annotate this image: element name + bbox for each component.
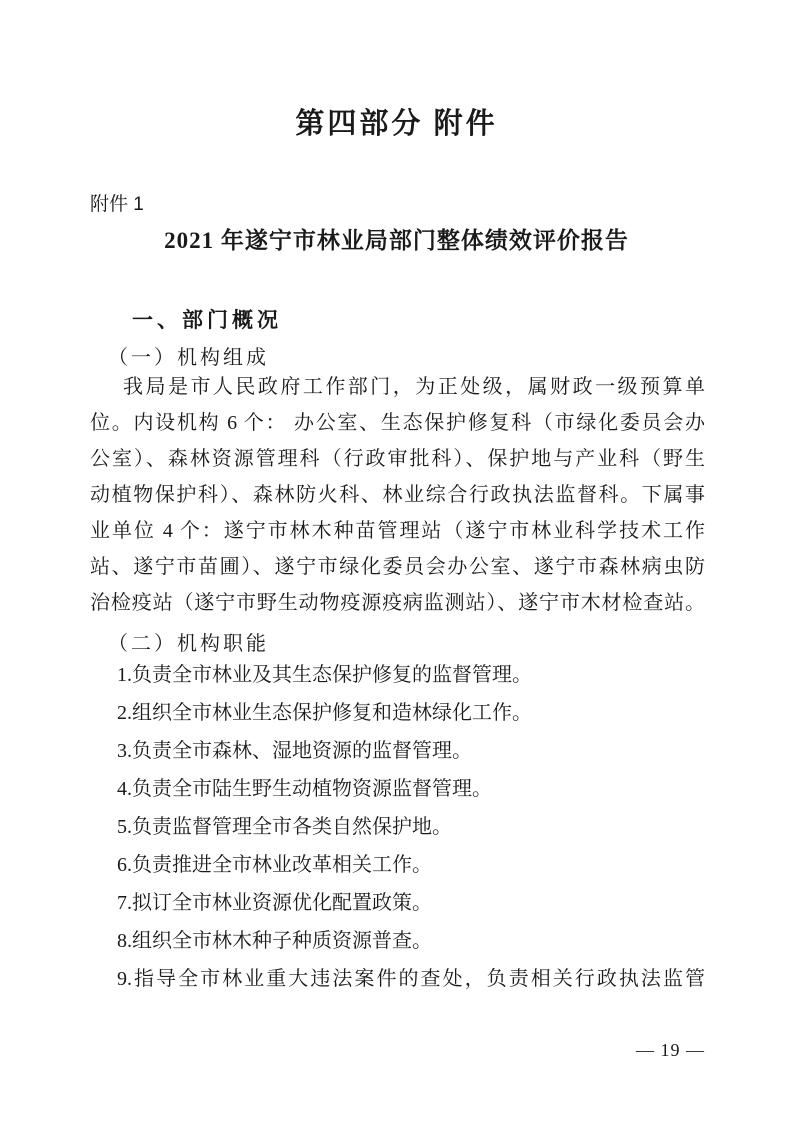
subsection-two-heading: （二）机构职能 <box>108 627 269 656</box>
report-title: 2021 年遂宁市林业局部门整体绩效评价报告 <box>0 222 793 255</box>
function-item-2: 2.组织全市林业生态保护修复和造林绿化工作。 <box>90 694 705 732</box>
function-item-8: 8.组织全市林木种子种质资源普查。 <box>90 922 705 960</box>
paragraph-line: 位。内设机构 6 个： 办公室、生态保护修复科（市绿化委员会办 <box>90 405 705 441</box>
document-page: 第四部分 附件 附件 1 2021 年遂宁市林业局部门整体绩效评价报告 一、部门… <box>0 0 793 1122</box>
function-item-3: 3.负责全市森林、湿地资源的监督管理。 <box>90 732 705 770</box>
paragraph-line: 我局是市人民政府工作部门，为正处级，属财政一级预算单 <box>90 369 705 405</box>
function-item-9: 9.指导全市林业重大违法案件的查处，负责相关行政执法监管 <box>90 960 705 998</box>
function-item-5: 5.负责监督管理全市各类自然保护地。 <box>90 808 705 846</box>
paragraph-line: 治检疫站（遂宁市野生动物疫源疫病监测站）、遂宁市木材检查站。 <box>90 585 705 621</box>
paragraph-line: 动植物保护科）、森林防火科、林业综合行政执法监督科。下属事 <box>90 477 705 513</box>
page-number: — 19 — <box>636 1040 705 1061</box>
function-item-6: 6.负责推进全市林业改革相关工作。 <box>90 846 705 884</box>
attachment-label: 附件 1 <box>90 189 144 216</box>
function-item-1: 1.负责全市林业及其生态保护修复的监督管理。 <box>90 656 705 694</box>
functions-list: 1.负责全市林业及其生态保护修复的监督管理。 2.组织全市林业生态保护修复和造林… <box>90 656 705 998</box>
paragraph-line: 业单位 4 个：遂宁市林木种苗管理站（遂宁市林业科学技术工作 <box>90 513 705 549</box>
paragraph-line: 站、遂宁市苗圃）、遂宁市绿化委员会办公室、遂宁市森林病虫防 <box>90 549 705 585</box>
paragraph-line: 公室）、森林资源管理科（行政审批科）、保护地与产业科（野生 <box>90 441 705 477</box>
org-composition-paragraph: 我局是市人民政府工作部门，为正处级，属财政一级预算单 位。内设机构 6 个： 办… <box>90 369 705 621</box>
function-item-7: 7.拟订全市林业资源优化配置政策。 <box>90 884 705 922</box>
subsection-one-heading: （一）机构组成 <box>108 341 269 370</box>
function-item-4: 4.负责全市陆生野生动植物资源监督管理。 <box>90 770 705 808</box>
part-heading: 第四部分 附件 <box>0 101 793 142</box>
section-one-heading: 一、部门概况 <box>132 304 282 334</box>
